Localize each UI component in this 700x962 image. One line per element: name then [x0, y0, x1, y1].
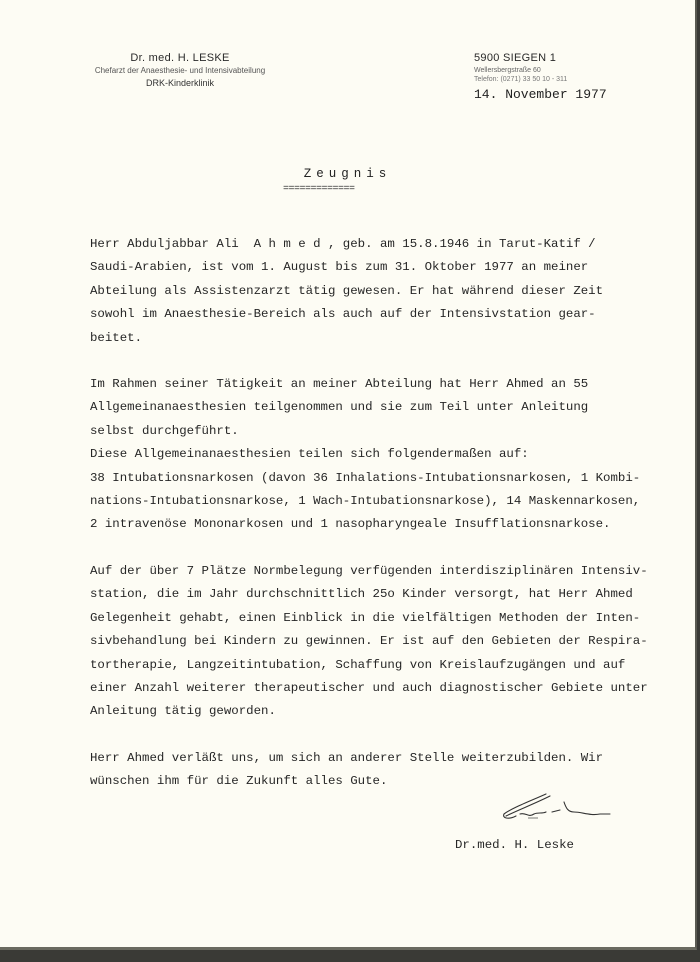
- text-line: selbst durchgeführt.: [90, 420, 690, 443]
- text-line: Auf der über 7 Plätze Normbelegung verfü…: [90, 560, 690, 583]
- letterhead-left: Dr. med. H. LESKE Chefarzt der Anaesthes…: [60, 52, 300, 88]
- text-line: station, die im Jahr durchschnittlich 25…: [90, 583, 690, 606]
- text-line: Anleitung tätig geworden.: [90, 700, 690, 723]
- letter-body: Herr Abduljabbar Ali A h m e d , geb. am…: [90, 233, 690, 794]
- text-line: Im Rahmen seiner Tätigkeit an meiner Abt…: [90, 373, 690, 396]
- document-title: Zeugnis: [0, 167, 695, 181]
- letter-page: Dr. med. H. LESKE Chefarzt der Anaesthes…: [0, 0, 697, 950]
- text-line: Herr Abduljabbar Ali A h m e d , geb. am…: [90, 233, 690, 256]
- phone-number: Telefon: (0271) 33 50 10 - 311: [474, 76, 607, 83]
- text-line: nations-Intubationsnarkose, 1 Wach-Intub…: [90, 490, 690, 513]
- text-line: Saudi-Arabien, ist vom 1. August bis zum…: [90, 256, 690, 279]
- paragraph-1: Herr Abduljabbar Ali A h m e d , geb. am…: [90, 233, 690, 350]
- doctor-name: Dr. med. H. LESKE: [60, 52, 300, 64]
- text-line: Diese Allgemeinanaesthesien teilen sich …: [90, 443, 690, 466]
- text-line: Abteilung als Assistenzarzt tätig gewese…: [90, 280, 690, 303]
- paragraph-2: Im Rahmen seiner Tätigkeit an meiner Abt…: [90, 373, 690, 537]
- doctor-position: Chefarzt der Anaesthesie- und Intensivab…: [60, 66, 300, 75]
- handwritten-signature-icon: [498, 788, 618, 824]
- paragraph-3: Auf der über 7 Plätze Normbelegung verfü…: [90, 560, 690, 724]
- letterhead-right: 5900 SIEGEN 1 Wellersbergstraße 60 Telef…: [474, 52, 607, 102]
- clinic-name: DRK-Kinderklinik: [60, 78, 300, 88]
- text-line: Herr Ahmed verläßt uns, um sich an ander…: [90, 747, 690, 770]
- paragraph-4: Herr Ahmed verläßt uns, um sich an ander…: [90, 747, 690, 794]
- text-line: tortherapie, Langzeitintubation, Schaffu…: [90, 654, 690, 677]
- text-line: sowohl im Anaesthesie-Bereich als auch a…: [90, 303, 690, 326]
- text-line: beitet.: [90, 327, 690, 350]
- text-line: Allgemeinanaesthesien teilgenommen und s…: [90, 396, 690, 419]
- street-address: Wellersbergstraße 60: [474, 67, 607, 74]
- city: 5900 SIEGEN 1: [474, 52, 607, 64]
- text-line: 2 intravenöse Mononarkosen und 1 nasopha…: [90, 513, 690, 536]
- title-underline: =============: [283, 184, 355, 195]
- letter-date: 14. November 1977: [474, 87, 607, 102]
- text-line: Gelegenheit gehabt, einen Einblick in di…: [90, 607, 690, 630]
- text-line: sivbehandlung bei Kindern zu gewinnen. E…: [90, 630, 690, 653]
- text-line: einer Anzahl weiterer therapeutischer un…: [90, 677, 690, 700]
- signer-name: Dr.med. H. Leske: [455, 838, 574, 852]
- text-line: 38 Intubationsnarkosen (davon 36 Inhalat…: [90, 467, 690, 490]
